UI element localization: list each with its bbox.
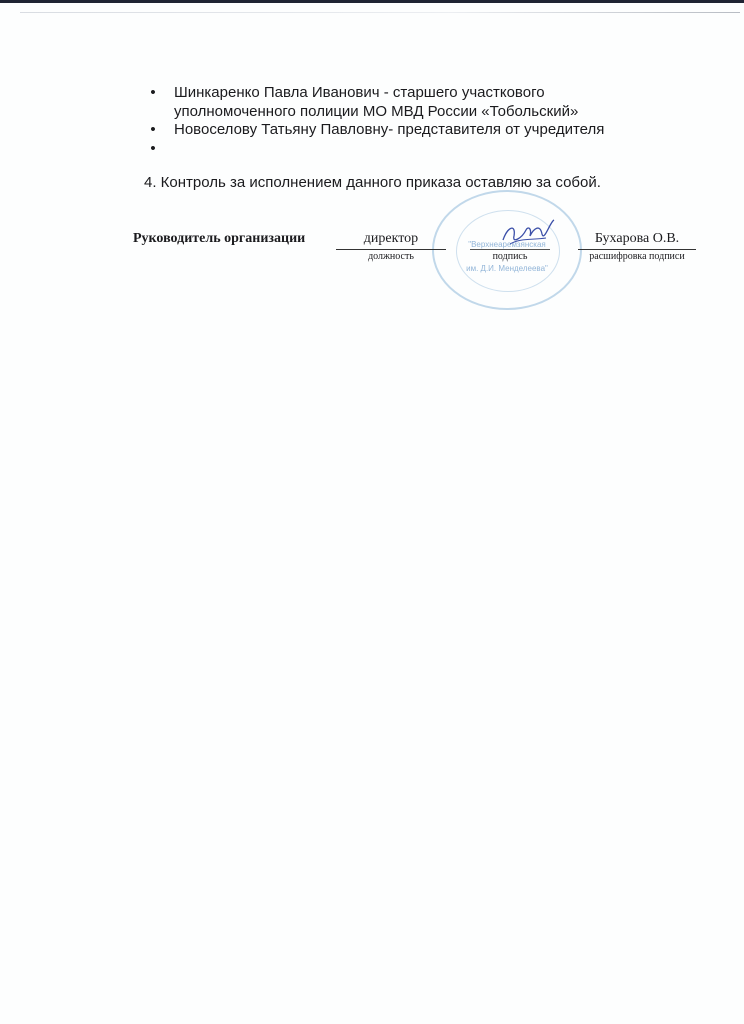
list-item-text: Новоселову Татьяну Павловну- представите… [174, 121, 604, 140]
scan-line [20, 12, 740, 13]
list-item-text [174, 140, 604, 159]
position-field: директор должность [336, 231, 446, 250]
list-item-text: уполномоченного полиции МО МВД России «Т… [174, 103, 604, 122]
signature-field: подпись [470, 231, 550, 250]
bullet-icon: • [148, 84, 158, 103]
official-stamp: "Верхнеаремзянская им. Д.И. Менделеева" [432, 190, 582, 310]
list-item-text: Шинкаренко Павла Иванович - старшего уча… [174, 84, 604, 103]
position-value: директор [364, 231, 418, 246]
bullet-list: • Шинкаренко Павла Иванович - старшего у… [148, 84, 604, 158]
signature-label: Руководитель организации [133, 231, 305, 247]
list-item: • [148, 140, 604, 159]
bullet-icon: • [148, 140, 158, 159]
signature-caption: подпись [470, 251, 550, 262]
name-field: Бухарова О.В. расшифровка подписи [578, 231, 696, 250]
list-item: • Шинкаренко Павла Иванович - старшего у… [148, 84, 604, 121]
bullet-icon: • [148, 121, 158, 140]
stamp-text: им. Д.И. Менделеева" [434, 264, 580, 273]
control-paragraph: 4. Контроль за исполнением данного прика… [144, 174, 601, 191]
name-value: Бухарова О.В. [595, 231, 679, 246]
name-caption: расшифровка подписи [578, 251, 696, 262]
scan-top-edge [0, 0, 744, 3]
position-caption: должность [336, 251, 446, 262]
list-item: • Новоселову Татьяну Павловну- представи… [148, 121, 604, 140]
